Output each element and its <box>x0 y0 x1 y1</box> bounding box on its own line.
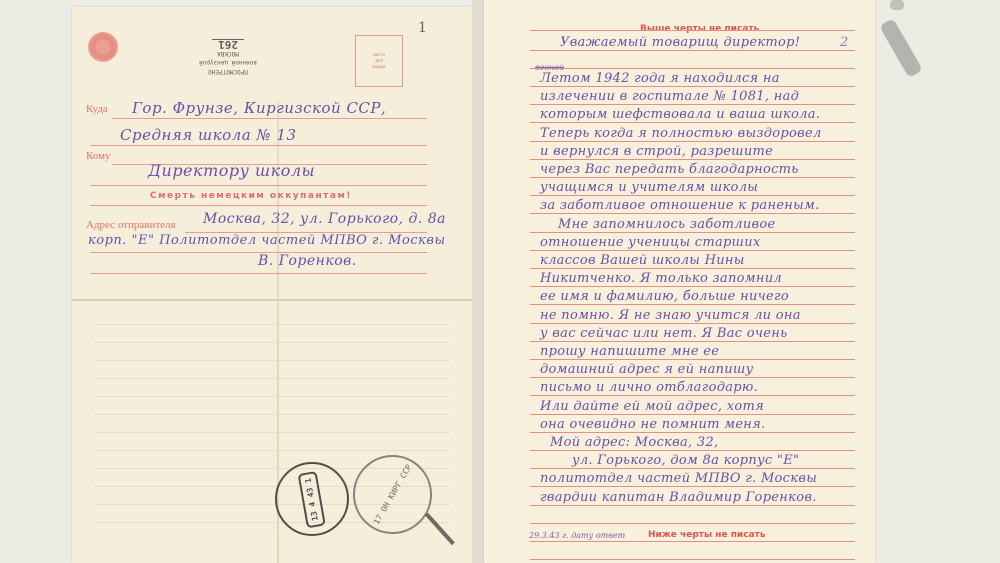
rule-line <box>90 185 427 186</box>
letter-line-7: учащимся и учителям школы <box>540 180 758 195</box>
sender-address-line-2: корп. "Е" Политотдел частей МПВО г. Моск… <box>88 233 446 248</box>
rule-line <box>530 395 855 396</box>
postmark-label: 17 ОН КИРГ ССР <box>372 463 414 526</box>
letter-line-5: и вернулся в строй, разрешите <box>540 144 773 159</box>
postmark-stamp: 13 4 43 1 <box>275 462 349 536</box>
sender-signature: В. Горенков. <box>258 253 357 269</box>
letter-line-14: не помню. Я не знаю учится ли она <box>540 308 801 323</box>
letter-line-1: Летом 1942 года я находился на <box>540 71 780 86</box>
rule-line <box>530 505 855 506</box>
rule-line <box>530 377 855 378</box>
recipient-name: Директору школы <box>148 161 315 180</box>
rule-line <box>530 177 855 178</box>
rule-line <box>530 250 855 251</box>
sender-address-line-1: Москва, 32, ул. Горького, д. 8а <box>203 211 446 227</box>
clip-shadow <box>890 0 904 10</box>
rule-line <box>530 159 855 160</box>
postmark-date: 13 4 43 1 <box>298 470 326 528</box>
rule-line <box>530 468 855 469</box>
censor-stamp-line: военной цензурой <box>178 58 278 67</box>
letter-line-15: у вас сейчас или нет. Я Вас очень <box>540 326 788 341</box>
rule-line <box>530 559 855 560</box>
rule-line <box>90 273 427 274</box>
to-address-line-1: Гор. Фрунзе, Киргизской ССР, <box>132 99 386 117</box>
letter-line-9: Мне запомнилось заботливое <box>558 217 776 232</box>
to-label: Куда <box>86 103 108 115</box>
postage-stamp-box: место для марки <box>355 35 403 87</box>
rule-line <box>530 195 855 196</box>
rule-line <box>530 486 855 487</box>
rule-line <box>530 104 855 105</box>
letter-line-13: ее имя и фамилию, больше ничего <box>540 289 789 304</box>
rule-line <box>530 141 855 142</box>
letter-line-19: Или дайте ей мой адрес, хотя <box>540 399 764 414</box>
rule-line <box>530 286 855 287</box>
rule-line <box>530 432 855 433</box>
rule-line <box>530 213 855 214</box>
letter-line-2: излечении в госпитале № 1081, над <box>540 89 799 104</box>
rule-line <box>530 304 855 305</box>
header-below-line: Ниже черты не писать <box>648 530 766 540</box>
letter-greeting: Уважаемый товарищ директор! <box>560 35 800 50</box>
letter-line-16: прошу напишите мне ее <box>540 344 719 359</box>
rule-line <box>530 450 855 451</box>
sender-label: Адрес отправителя <box>86 219 176 231</box>
rule-line <box>90 145 427 146</box>
letter-line-18: письмо и лично отблагодарю. <box>540 380 758 395</box>
rule-line <box>530 323 855 324</box>
envelope-page-number: 1 <box>418 20 427 36</box>
letter-line-3: которым шефствовала и ваша школа. <box>540 107 820 122</box>
letter-line-20: она очевидно не помнит меня. <box>540 417 766 432</box>
recipient-label: Кому <box>86 150 111 162</box>
sheet-gap <box>472 0 484 563</box>
letter-line-23: политотдел частей МПВО г. Москвы <box>540 471 817 486</box>
rule-line <box>530 541 855 542</box>
rule-line <box>530 359 855 360</box>
to-address-line-2: Средняя школа № 13 <box>120 126 296 144</box>
rule-line <box>530 268 855 269</box>
header-above-line: Выше черты не писать <box>640 24 759 34</box>
censor-stamp-line: ПРОСМОТРЕНО <box>178 67 278 76</box>
letter-line-17: домашний адрес я ей напишу <box>540 362 753 377</box>
postmark-stamp: 17 ОН КИРГ ССР <box>353 455 432 534</box>
rule-line <box>112 118 427 119</box>
coat-of-arms-emblem-icon <box>88 32 118 62</box>
rule-line <box>530 86 855 87</box>
slogan: Смерть немецким оккупантам! <box>150 191 352 201</box>
letter-line-11: классов Вашей школы Нины <box>540 253 745 268</box>
rule-line <box>530 68 855 69</box>
censor-stamp: ПРОСМОТРЕНО военной цензурой МОСКВА 261 <box>178 42 278 76</box>
letter-line-22: ул. Горького, дом 8а корпус "Е" <box>572 453 799 468</box>
letter-line-21: Мой адрес: Москва, 32, <box>550 435 718 450</box>
letter-line-6: через Вас передать благодарность <box>540 162 799 177</box>
letter-line-10: отношение ученицы старших <box>540 235 761 250</box>
rule-line <box>530 122 855 123</box>
letter-line-24: гвардии капитан Владимир Горенков. <box>540 490 817 505</box>
rule-line <box>530 50 855 51</box>
rule-line <box>530 232 855 233</box>
rule-line <box>530 523 855 524</box>
letter-line-4: Теперь когда я полностью выздоровел <box>540 126 822 141</box>
footer-note: 29.3.43 г. дату ответ <box>529 531 625 540</box>
censor-stamp-number: 261 <box>212 39 244 49</box>
letter-page-number: 2 <box>840 35 849 50</box>
rule-line <box>530 30 855 31</box>
letter-line-8: за заботливое отношение к раненым. <box>540 198 820 213</box>
rule-line <box>90 205 427 206</box>
letter-line-12: Никитченко. Я только запомнил <box>540 271 782 286</box>
stamp-box-text: марки <box>372 64 385 70</box>
rule-line <box>530 341 855 342</box>
rule-line <box>530 414 855 415</box>
